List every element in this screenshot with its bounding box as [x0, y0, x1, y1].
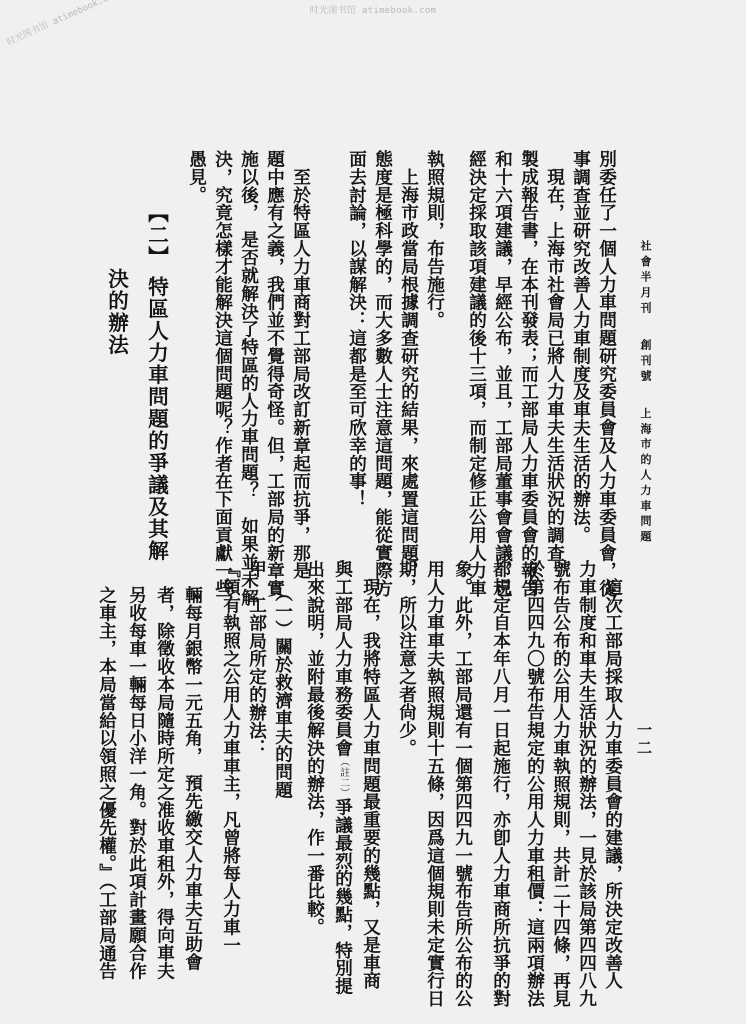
upper-text-column-12: 題中應有之義，我們並不覺得奇怪。但，工部局的新章實 [266, 150, 284, 598]
lower-text-column-3: 號布告公布的公用人力車執照規則，共計二十四條，再見 [552, 560, 570, 1008]
committee-text-tail: 爭議最烈的幾點，特別提 [333, 798, 354, 995]
upper-text-column-14: 決，究竟怎樣才能解決這個問題呢？作者在下面貢獻一些 [214, 150, 232, 598]
item-label: 工部局所定的辦法： [248, 596, 266, 757]
upper-text-column-5: 和十六項建議，早經公布，並且，工部局董事會會議，已 [494, 150, 512, 598]
lower-text-column-1: 這次工部局採取人力車委員會的建議，所決定改善人 [604, 560, 622, 990]
item-marker-jia: 甲 [248, 560, 266, 578]
journal-title: 社會半月刊 [639, 240, 652, 317]
watermark-side: 时光图书馆 atimebook.com [4, 0, 120, 48]
section-marker: 【二】 [145, 202, 169, 268]
section-heading-line-2: 決的辦法 [106, 268, 127, 356]
upper-text-column-7: 執照規則，布告施行。 [426, 150, 444, 329]
lower-text-column-11: 出來說明，並附最後解決的辦法，作一番比較。 [306, 560, 324, 936]
upper-text-column-3: 現在，上海市社會局已將人力車夫生活狀況的調查， [546, 150, 564, 580]
quote-column-3: 者，除徵收本局隨時所定之准收車租外，得向車夫 [156, 586, 174, 980]
upper-text-column-10: 面去討論，以謀解決：這都是至可欣幸的事！ [348, 150, 366, 508]
upper-text-column-1: 別委任了一個人力車問題研究委員會及人力車委員會，從 [598, 150, 616, 598]
quote-column-2: 輛每月銀幣一元五角， 預先繳交人力車夫互助會 [184, 586, 202, 971]
section-title-line-1: 特區人力車問題的爭議及其解 [145, 276, 169, 562]
subsection-heading: （一）關於救濟車夫的問題 [274, 584, 292, 799]
footnote-ref: （註二） [338, 757, 349, 798]
lower-text-column-8: 期，所以注意之者尙少。 [398, 560, 416, 757]
watermark-top: 时光图书馆 atimebook.com [300, 3, 446, 16]
upper-text-column-6: 經決定採取該項建議的後十三項，而制定修正公用人力車 [468, 150, 486, 598]
quote-column-4: 另收每車一輛每日小洋一角。對於此項計畫願合作 [128, 586, 146, 980]
lower-text-column-2: 力車制度和車夫生活狀況的辦法，一見於該局第四四八九 [578, 560, 596, 1008]
upper-text-column-9: 態度是極科學的，而大多數人士注意這問題，能從實際方 [374, 150, 392, 598]
lower-text-column-7: 用人力車車夫執照規則十五條，因爲這個規則未定實行日 [426, 560, 444, 1008]
upper-text-column-13: 施以後， 是否就解決了特區的人力車問題？ 如果並未解 [240, 150, 258, 607]
committee-text: 與工部局人力車務委員會 [333, 560, 354, 757]
article-title: 上海市的人力車問題 [639, 407, 652, 546]
lower-text-column-6: 象。此外，工部局還有一個第四四九一號布告所公布的公 [454, 560, 472, 1008]
upper-text-column-8: 上海市政當局根據調查研究的結果，來處置這問題， [400, 150, 418, 580]
upper-text-column-4: 製成報告書，在本刊發表；而工部局人力車委員會的報告 [520, 150, 538, 598]
upper-text-column-2: 事調查並研究改善人力車制度及車夫生活的辦法。 [572, 150, 590, 544]
upper-text-column-11: 至於特區人力車商對工部局改訂新章起而抗爭，那是 [292, 150, 310, 580]
section-heading: 【二】特區人力車問題的爭議及其解 [146, 202, 167, 562]
quote-column-5: 之車主，本局當給以領照之優先權。』（工部局通告 [98, 586, 116, 980]
running-header: 社會半月刊創刊號上海市的人力車問題 [640, 240, 651, 546]
lower-text-column-5: 都規定自本年八月一日起施行，亦卽人力車商所抗爭的對 [492, 560, 510, 1008]
page-number: 一二 [636, 722, 651, 758]
lower-text-column-9: 現在，我將特區人力車問題最重要的幾點，又是車商 [362, 560, 380, 990]
upper-text-column-15: 愚見。 [188, 150, 206, 204]
quote-column-1: 『領有執照之公用人力車車主，凡曾將每人力車一 [222, 560, 240, 954]
issue-label: 創刊號 [639, 339, 652, 385]
lower-text-column-4: 於第四四九〇號布告規定的公用人力車租價：這兩項辦法 [526, 560, 544, 1008]
lower-text-column-10: 與工部局人力車務委員會（註二）爭議最烈的幾點，特別提 [334, 560, 352, 995]
